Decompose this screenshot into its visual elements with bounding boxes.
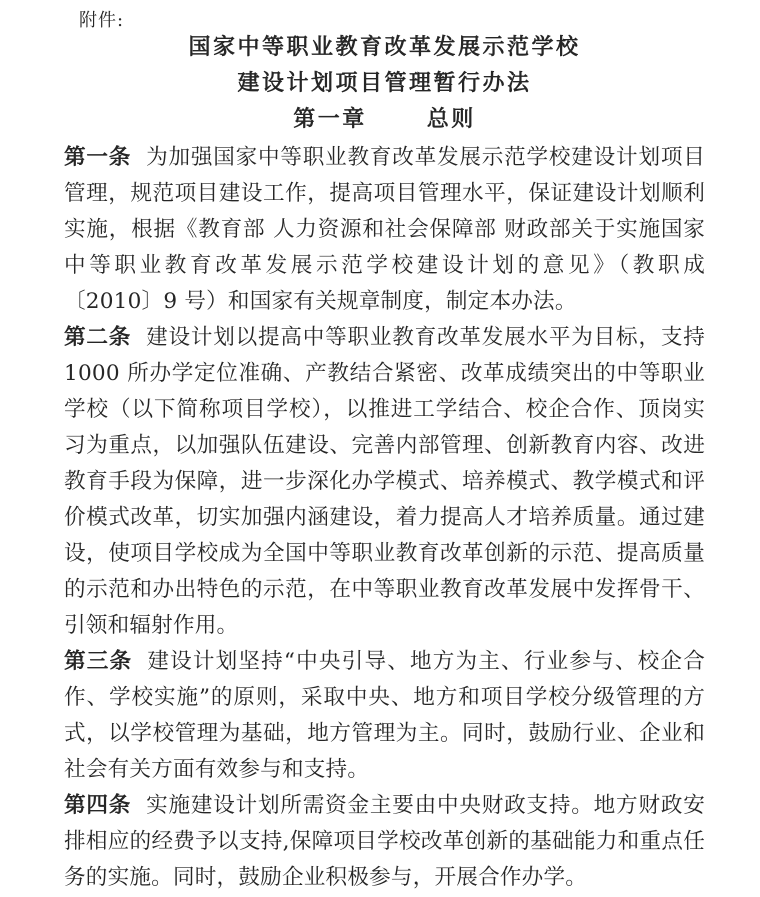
document-page: 附件: 国家中等职业教育改革发展示范学校 建设计划项目管理暂行办法 第一章总则 … [0, 0, 760, 897]
document-title-line2: 建设计划项目管理暂行办法 [64, 65, 705, 101]
document-body: 第一条为加强国家中等职业教育改革发展示范学校建设计划项目管理，规范项目建设工作，… [64, 140, 705, 896]
article-4-text: 实施建设计划所需资金主要由中央财政支持。地方财政安排相应的经费予以支持,保障项目… [64, 793, 705, 890]
article-4-label: 第四条 [64, 793, 131, 818]
chapter-heading: 第一章总则 [64, 101, 705, 137]
article-3-text: 建设计划坚持“中央引导、地方为主、行业参与、校企合作、学校实施”的原则，采取中央… [64, 649, 705, 782]
article-paragraph-1: 第一条为加强国家中等职业教育改革发展示范学校建设计划项目管理，规范项目建设工作，… [64, 140, 705, 320]
article-1-label: 第一条 [64, 145, 131, 170]
article-paragraph-2: 第二条建设计划以提高中等职业教育改革发展水平为目标，支持 1000 所办学定位准… [64, 320, 705, 644]
document-header: 国家中等职业教育改革发展示范学校 建设计划项目管理暂行办法 第一章总则 [64, 29, 705, 137]
article-paragraph-3: 第三条建设计划坚持“中央引导、地方为主、行业参与、校企合作、学校实施”的原则，采… [64, 644, 705, 788]
article-2-label: 第二条 [64, 325, 131, 350]
article-paragraph-4: 第四条实施建设计划所需资金主要由中央财政支持。地方财政安排相应的经费予以支持,保… [64, 788, 705, 896]
article-2-text: 建设计划以提高中等职业教育改革发展水平为目标，支持 1000 所办学定位准确、产… [64, 325, 705, 638]
article-1-text: 为加强国家中等职业教育改革发展示范学校建设计划项目管理，规范项目建设工作，提高项… [64, 145, 705, 314]
document-title-line1: 国家中等职业教育改革发展示范学校 [64, 29, 705, 65]
chapter-number: 第一章 [293, 106, 367, 132]
article-3-label: 第三条 [64, 649, 132, 674]
chapter-name: 总则 [427, 106, 476, 132]
